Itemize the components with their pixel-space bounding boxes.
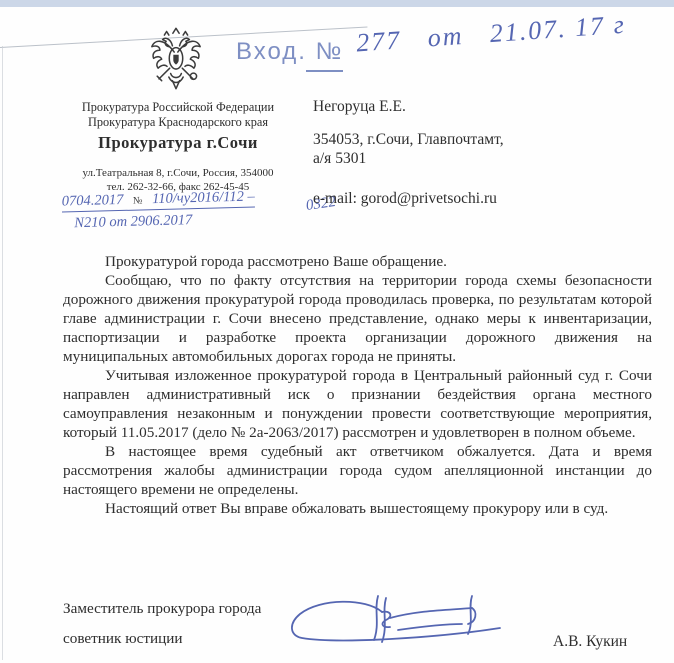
letterhead-org-line1: Прокуратура Российской Федерации — [58, 100, 298, 115]
recipient-name: Негоруца Е.Е. — [313, 97, 633, 116]
incoming-number: 277 — [355, 25, 402, 57]
coat-of-arms-icon — [147, 27, 205, 95]
incoming-stamp-underline — [306, 70, 343, 72]
registration-date-out: 0704.2017 — [62, 192, 124, 210]
body-paragraph: В настоящее время судебный акт ответчико… — [63, 442, 652, 499]
incoming-stamp-label: Вход. № — [236, 38, 343, 66]
body-paragraph: Сообщаю, что по факту отсутствия на терр… — [63, 271, 652, 366]
signer-title-line2: советник юстиции — [63, 624, 261, 654]
letterhead-address: ул.Театральная 8, г.Сочи, Россия, 354000 — [58, 167, 298, 181]
scan-left-edge-line — [2, 46, 3, 660]
signer-title: Заместитель прокурора города советник юс… — [63, 594, 261, 654]
incoming-preposition: от — [427, 21, 465, 52]
scanned-letter-page: Вход. № 277 от 21.07. 17 г Прокуратура Р… — [0, 0, 674, 663]
printed-number-sign: № — [127, 195, 149, 207]
recipient-address-line2: а/я 5301 — [313, 149, 633, 168]
incoming-date: 21.07. 17 г — [489, 10, 627, 48]
recipient-address-line1: 354053, г.Сочи, Главпочтамт, — [313, 130, 633, 149]
recipient-email: e-mail: gorod@privetsochi.ru — [313, 189, 633, 208]
registration-line1: 0704.2017 № 110/чу2016/112 – — [62, 188, 255, 212]
body-paragraph: Настоящий ответ Вы вправе обжаловать выш… — [63, 499, 652, 518]
recipient-block: Негоруца Е.Е. 354053, г.Сочи, Главпочтам… — [313, 97, 633, 208]
registration-line2: N210 от 2906.2017 — [62, 210, 255, 232]
registration-number-out: 110/чу2016/112 – — [152, 188, 255, 207]
body-paragraph: Прокуратурой города рассмотрено Ваше обр… — [63, 252, 652, 271]
handwritten-signature-icon — [286, 590, 508, 654]
scan-edge-band — [0, 0, 674, 7]
registration-handwriting: 0704.2017 № 110/чу2016/112 – N210 от 290… — [62, 188, 256, 232]
incoming-stamp-handwriting: 277 от 21.07. 17 г — [355, 8, 656, 59]
letterhead: Прокуратура Российской Федерации Прокура… — [58, 100, 298, 194]
letterhead-org-line2: Прокуратура Краснодарского края — [58, 115, 298, 130]
signer-title-line1: Заместитель прокурора города — [63, 594, 261, 624]
body-paragraph: Учитывая изложенное прокуратурой города … — [63, 366, 652, 442]
letter-body: Прокуратурой города рассмотрено Ваше обр… — [63, 252, 652, 518]
signer-name: А.В. Кукин — [553, 633, 627, 651]
letterhead-org-name: Прокуратура г.Сочи — [58, 133, 298, 153]
